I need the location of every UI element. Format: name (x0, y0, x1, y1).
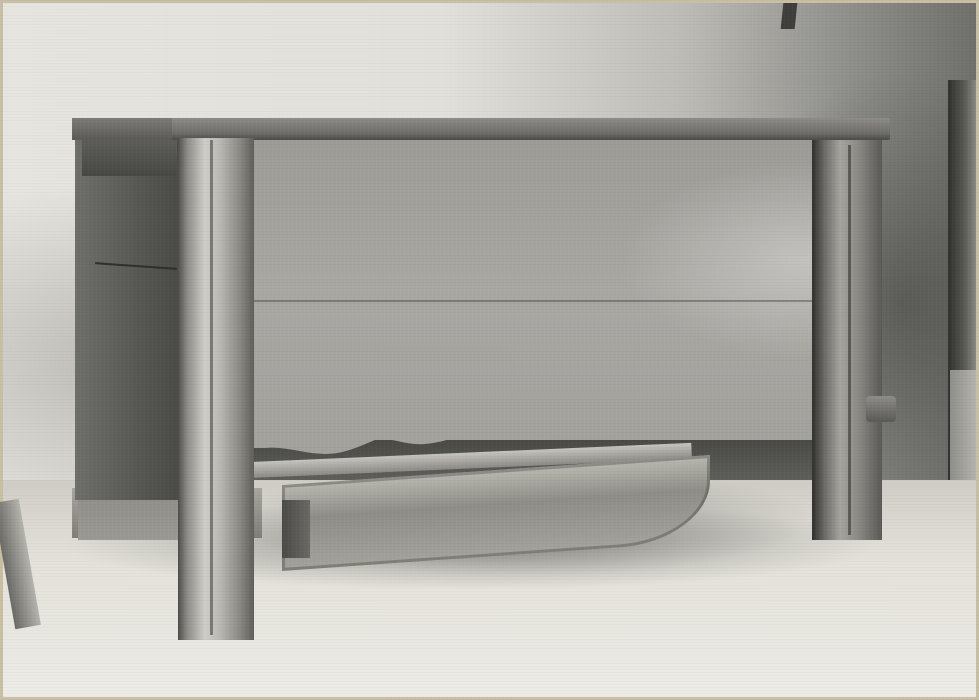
chest-leg-right (812, 140, 882, 540)
chest-leg-right-groove (848, 145, 851, 535)
chest-front-seam (250, 300, 825, 302)
chest-side-rail (82, 140, 177, 176)
wall-peg (866, 396, 896, 422)
chest-side-panel (75, 140, 180, 500)
chest-leg-left (178, 138, 254, 640)
scalloped-apron (245, 420, 835, 470)
chest-lid (72, 118, 890, 140)
chest-front-panel (245, 140, 835, 440)
chest-leg-left-groove (210, 140, 213, 635)
trough-end (282, 500, 310, 558)
wall-crack (781, 3, 798, 29)
chest-lid-end (72, 118, 172, 140)
photograph: Black-and-white photograph of an antique… (0, 0, 979, 700)
